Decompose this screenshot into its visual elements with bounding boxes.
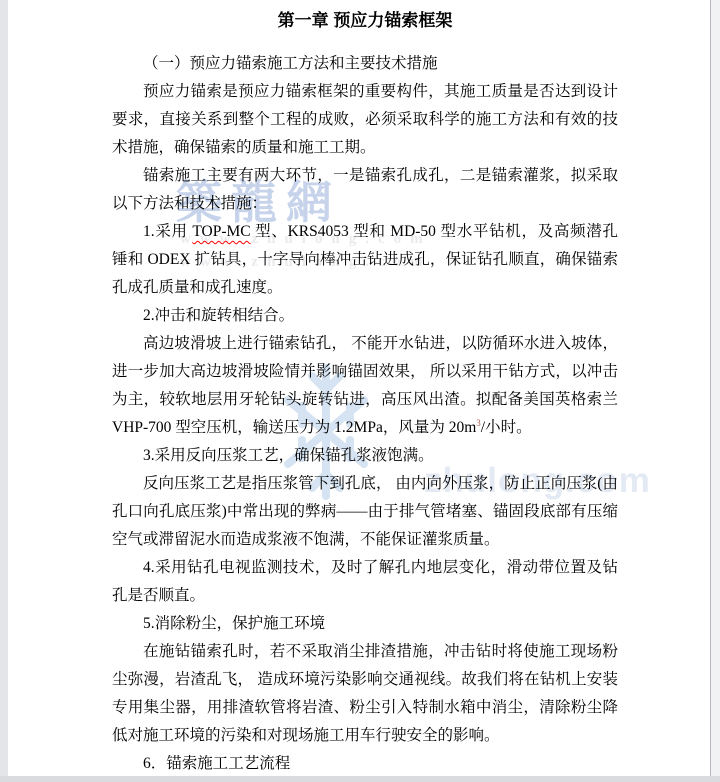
text-run: 反向压浆工艺是指压浆管下到孔底， 由内向外压浆，防止正向压浆(由孔口向孔底压浆)… xyxy=(112,475,618,548)
paragraph-intro: 预应力锚索是预应力锚索框架的重要构件，其施工质量是否达到设计要求，直接关系到整个… xyxy=(112,78,618,162)
text-run: 预应力锚索是预应力锚索框架的重要构件，其施工质量是否达到设计要求，直接关系到整个… xyxy=(112,83,618,156)
paragraph-item-3: 3.采用反向压浆工艺，确保锚孔浆液饱满。 xyxy=(112,442,618,470)
text-run: 4.采用钻孔电视监测技术，及时了解孔内地层变化，滑动带位置及钻孔是否顺直。 xyxy=(112,559,618,604)
paragraph-item-2: 2.冲击和旋转相结合。 xyxy=(112,302,618,330)
paragraph-item-2-detail: 高边坡滑坡上进行锚索钻孔， 不能开水钻进，以防循环水进入坡体，进一步加大高边坡滑… xyxy=(112,330,618,442)
text-run: 1.采用 xyxy=(143,223,192,240)
text-run-spellcheck: TOP-MC xyxy=(192,223,250,240)
text-run: 6．锚索施工工艺流程 xyxy=(143,755,290,772)
document-content: 第一章 预应力锚索框架 （一）预应力锚索施工方法和主要技术措施预应力锚索是预应力… xyxy=(112,6,618,778)
paragraph-overview: 锚索施工主要有两大环节，一是锚索孔成孔，二是锚索灌浆，拟采取以下方法和技术措施： xyxy=(112,162,618,218)
text-run: 2.冲击和旋转相结合。 xyxy=(143,307,294,324)
text-run: 锚索施工主要有两大环节，一是锚索孔成孔，二是锚索灌浆，拟采取以下方法和技术措施： xyxy=(112,167,618,212)
paragraph-item-3-detail: 反向压浆工艺是指压浆管下到孔底， 由内向外压浆，防止正向压浆(由孔口向孔底压浆)… xyxy=(112,470,618,554)
section-heading: （一）预应力锚索施工方法和主要技术措施 xyxy=(112,50,618,78)
text-run: 在施钻锚索孔时，若不采取消尘排渣措施，冲击钻时将使施工现场粉尘弥漫，岩渣乱飞， … xyxy=(112,643,618,744)
text-run: 高边坡滑坡上进行锚索钻孔， 不能开水钻进，以防循环水进入坡体，进一步加大高边坡滑… xyxy=(112,335,618,436)
page-title: 第一章 预应力锚索框架 xyxy=(112,8,618,34)
paragraph-item-5-detail: 在施钻锚索孔时，若不采取消尘排渣措施，冲击钻时将使施工现场粉尘弥漫，岩渣乱飞， … xyxy=(112,638,618,750)
text-run: /小时。 xyxy=(481,419,532,436)
paragraph-item-6: 6．锚索施工工艺流程 xyxy=(112,750,618,778)
paragraph-item-1: 1.采用 TOP-MC 型、KRS4053 型和 MD-50 型水平钻机，及高频… xyxy=(112,218,618,302)
right-page-gutter xyxy=(711,0,720,782)
text-run: 3.采用反向压浆工艺，确保锚孔浆液饱满。 xyxy=(143,447,434,464)
paragraph-item-5: 5.消除粉尘，保护施工环境 xyxy=(112,610,618,638)
paragraph-item-4: 4.采用钻孔电视监测技术，及时了解孔内地层变化，滑动带位置及钻孔是否顺直。 xyxy=(112,554,618,610)
left-page-gutter xyxy=(0,0,8,782)
text-run: （一）预应力锚索施工方法和主要技术措施 xyxy=(143,55,438,72)
text-run: 5.消除粉尘，保护施工环境 xyxy=(143,615,325,632)
document-body: （一）预应力锚索施工方法和主要技术措施预应力锚索是预应力锚索框架的重要构件，其施… xyxy=(112,50,618,778)
document-page: 築龍網 www.zhulong.com www.zhulong.com zhul… xyxy=(0,0,720,782)
